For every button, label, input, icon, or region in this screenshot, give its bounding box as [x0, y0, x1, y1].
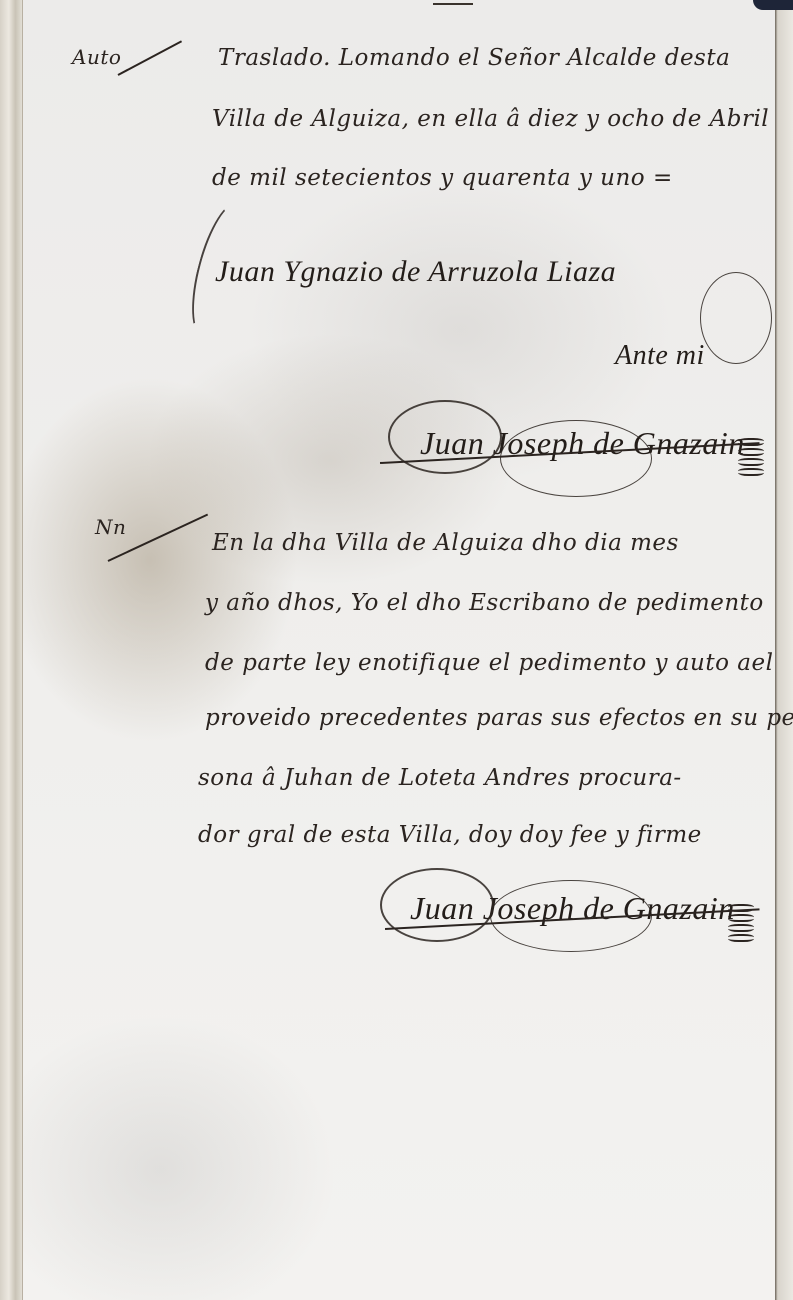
- text-line: dor gral de esta Villa, doy doy fee y fi…: [198, 822, 702, 848]
- text-line: de mil setecientos y quarenta y uno =: [212, 165, 673, 191]
- text-line: En la dha Villa de Alguiza dho dia mes: [212, 530, 679, 556]
- signature-coil: [728, 904, 754, 912]
- margin-note-auto: Auto: [72, 45, 121, 69]
- margin-note-nn: Nn: [95, 515, 126, 539]
- signature-flourish: [388, 400, 502, 474]
- signature-coil: [738, 458, 764, 466]
- signature-flourish: [700, 272, 772, 364]
- signature-coil: [738, 448, 764, 456]
- text-line: Traslado. Lomando el Señor Alcalde desta: [218, 45, 730, 71]
- signature-coil: [728, 924, 754, 932]
- margin-slash: [118, 40, 183, 76]
- text-line: sona â Juhan de Loteta Andres procura-: [198, 765, 682, 791]
- signature-flourish: [380, 868, 494, 942]
- text-line: de parte ley enotifique el pedimento y a…: [205, 650, 773, 676]
- text-line: proveido precedentes paras sus efectos e…: [205, 705, 793, 731]
- text-line: y año dhos, Yo el dho Escribano de pedim…: [205, 590, 764, 616]
- page-edge: [775, 0, 793, 1300]
- manuscript-page: Auto Traslado. Lomando el Señor Alcalde …: [0, 0, 793, 1300]
- binding-edge: [0, 0, 23, 1300]
- signature-ante-mi: Ante mi: [615, 340, 705, 372]
- signature-flourish: [500, 420, 652, 497]
- background-corner: [753, 0, 793, 10]
- signature-coil: [738, 438, 764, 446]
- signature-coil: [728, 934, 754, 942]
- signature-alcalde: Juan Ygnazio de Arruzola Liaza: [215, 255, 616, 289]
- text-line: Villa de Alguiza, en ella â diez y ocho …: [212, 106, 769, 132]
- signature-coil: [738, 468, 764, 476]
- signature-coil: [728, 914, 754, 922]
- top-ink-mark: [433, 3, 473, 5]
